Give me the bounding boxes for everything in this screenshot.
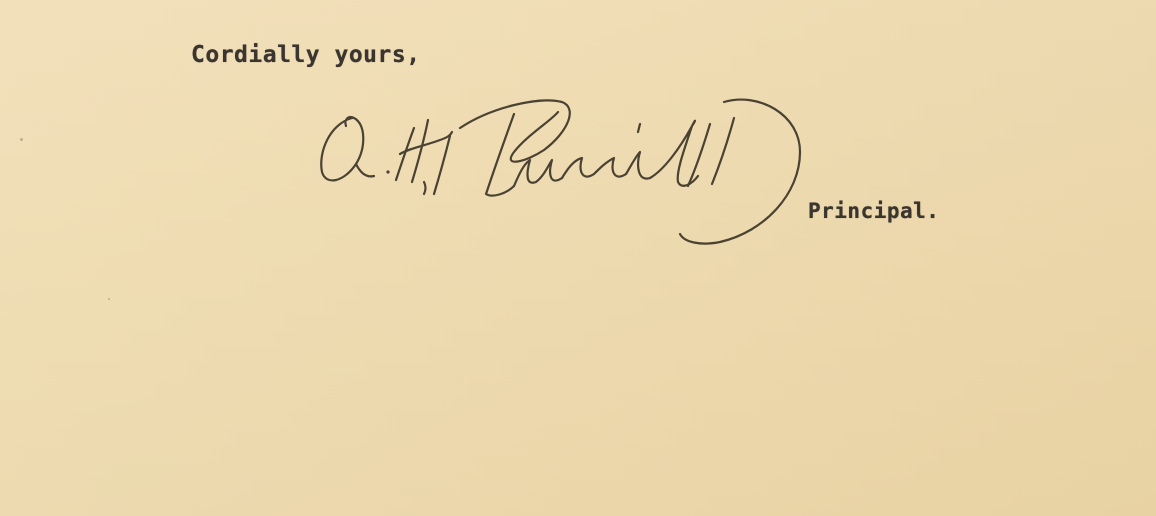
- closing-line: Cordially yours,: [191, 42, 421, 68]
- paper-speck: [108, 298, 110, 300]
- paper-background: Cordially yours, Principal.: [0, 0, 1156, 516]
- handwritten-signature: [300, 90, 820, 250]
- signer-title: Principal.: [808, 199, 939, 223]
- paper-speck: [20, 138, 23, 141]
